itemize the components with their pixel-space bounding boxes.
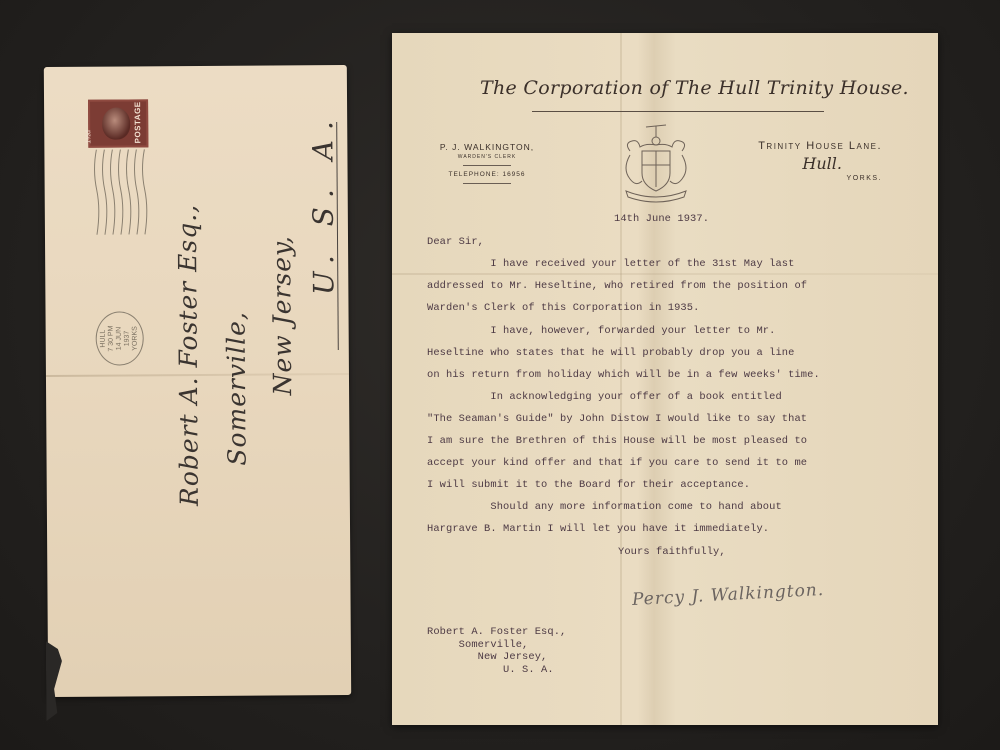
envelope: POSTAGE 1½d HULL 7 30 PM 14 JUN 1937 YOR… [44,65,351,697]
county-name: YORKS. [732,175,882,182]
letterhead-address: Trinity House Lane. Hull. YORKS. [732,140,882,182]
envelope-address-line-4: U. S. A. [306,111,340,295]
stamp-postage-label: POSTAGE [133,103,145,143]
letter-closing: Yours faithfully, [618,546,726,558]
coat-of-arms-icon [616,121,696,203]
wavy-cancellation-icon [90,144,151,244]
recipient-block: Robert A. Foster Esq., Somerville, New J… [427,626,566,676]
letterhead-title: The Corporation of The Hull Trinity Hous… [480,77,860,99]
body-line: I have, however, forwarded your letter t… [427,325,775,337]
body-line: I have received your letter of the 31st … [427,258,794,270]
body-line: Hargrave B. Martin I will let you have i… [427,523,769,535]
letter-date: 14th June 1937. [614,213,709,225]
body-line: "The Seaman's Guide" by John Distow I wo… [427,413,807,425]
body-line: Warden's Clerk of this Corporation in 19… [427,302,699,314]
telephone-number: TELEPHONE: 16956 [432,171,542,178]
recipient-line: Somerville, [427,639,528,651]
king-portrait-icon [102,107,130,139]
recipient-line: U. S. A. [427,664,554,676]
recipient-line: New Jersey, [427,651,547,663]
letter-horizontal-fold [392,273,938,275]
street-address: Trinity House Lane. [732,140,882,152]
postmark-circle: HULL 7 30 PM 14 JUN 1937 YORKS [96,311,144,365]
clerk-role: WARDEN'S CLERK [432,154,542,160]
envelope-address-line-1: Robert A. Foster Esq., [173,204,204,506]
envelope-address-line-2: Somerville, [222,311,252,466]
contact-divider [463,165,511,166]
body-line: accept your kind offer and that if you c… [427,457,807,469]
body-line: I will submit it to the Board for their … [427,479,750,491]
postmark-text: HULL 7 30 PM 14 JUN 1937 YORKS [94,315,146,361]
body-line: on his return from holiday which will be… [427,369,820,381]
body-line: In acknowledging your offer of a book en… [427,391,782,403]
handwritten-signature: Percy J. Walkington. [632,580,825,610]
envelope-torn-corner [46,641,67,721]
letter: The Corporation of The Hull Trinity Hous… [392,33,938,725]
stamp-value: 1½d [85,130,92,144]
body-line: I am sure the Brethren of this House wil… [427,435,807,447]
envelope-address-line-3: New Jersey, [267,235,297,395]
postage-stamp: POSTAGE 1½d [88,99,148,147]
body-line: Heseltine who states that he will probab… [427,347,794,359]
body-line: Should any more information come to hand… [427,501,782,513]
body-line: addressed to Mr. Heseltine, who retired … [427,280,807,292]
contact-divider-2 [463,183,511,184]
letterhead-contact: P. J. WALKINGTON, WARDEN'S CLERK TELEPHO… [432,142,542,184]
letterhead-rule [532,111,824,112]
clerk-name: P. J. WALKINGTON, [432,142,542,152]
letter-salutation: Dear Sir, [427,236,484,248]
recipient-line: Robert A. Foster Esq., [427,626,566,638]
city-name: Hull. [732,154,842,173]
